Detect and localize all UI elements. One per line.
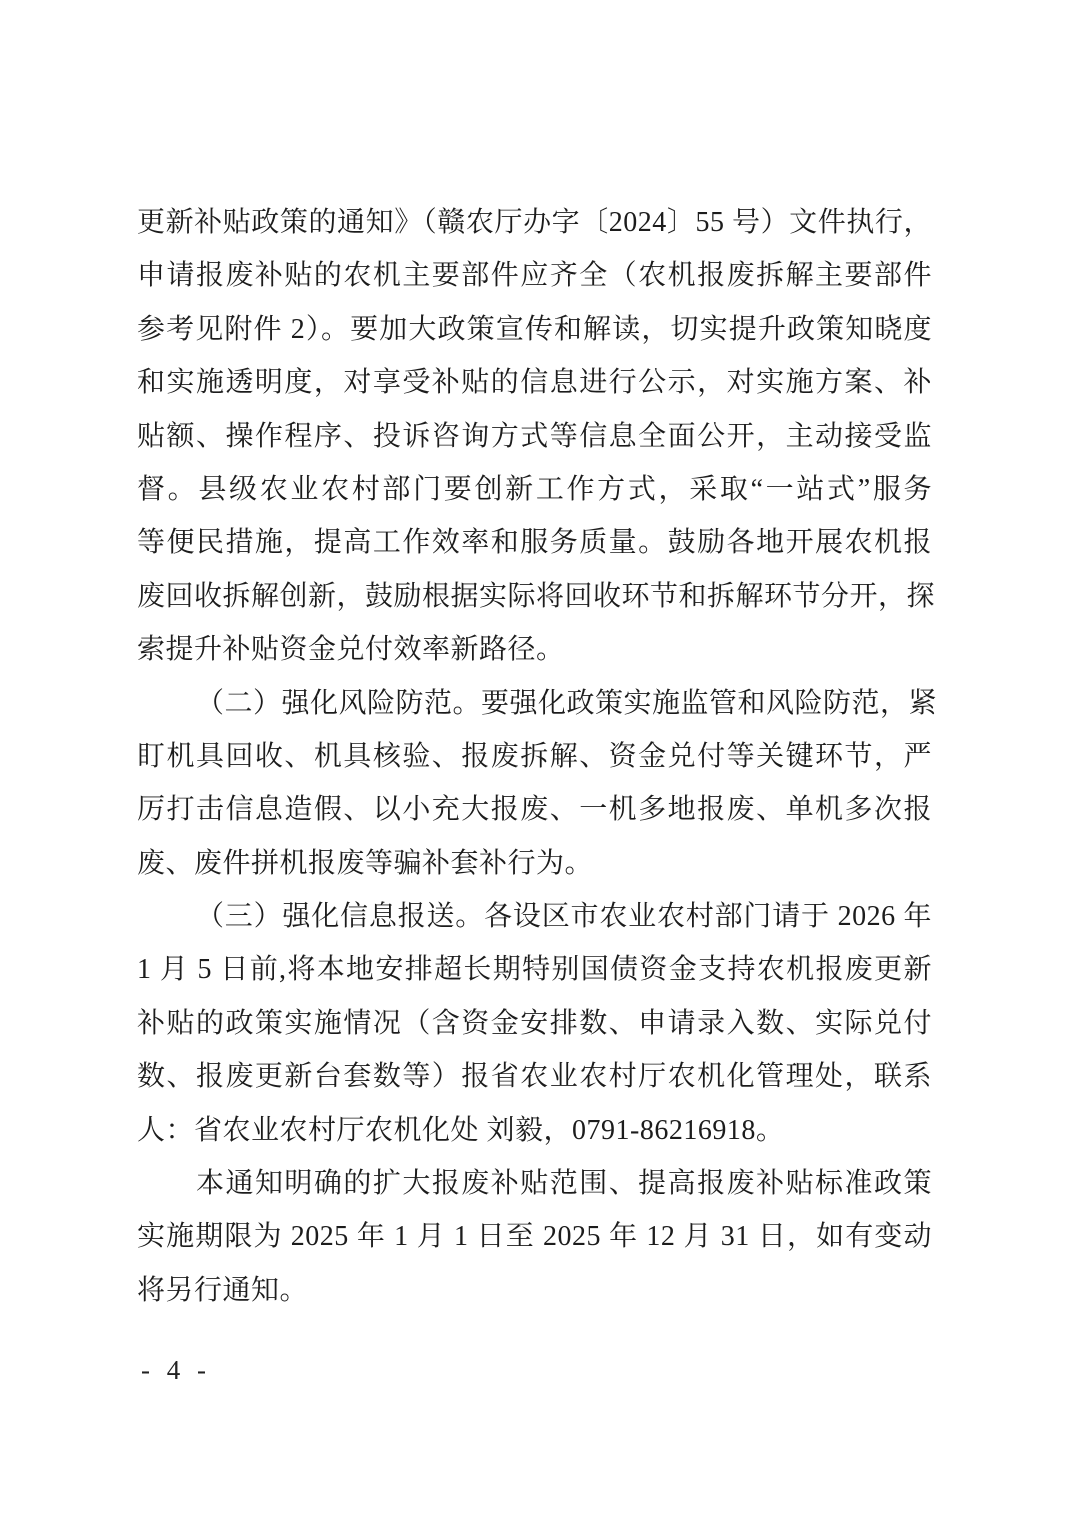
document-page: 更新补贴政策的通知》（赣农厅办字〔2024〕55 号）文件执行，申请报废补贴的农… bbox=[0, 0, 1074, 1520]
text-line: 参考见附件 2）。要加大政策宣传和解读，切实提升政策知晓度 bbox=[137, 303, 932, 356]
text-line: 盯机具回收、机具核验、报废拆解、资金兑付等关键环节，严 bbox=[137, 730, 932, 783]
text-line: 补贴的政策实施情况（含资金安排数、申请录入数、实际兑付 bbox=[137, 997, 932, 1050]
text-line: 1 月 5 日前,将本地安排超长期特别国债资金支持农机报废更新 bbox=[137, 943, 932, 996]
page-number: - 4 - bbox=[141, 1355, 211, 1385]
document-body: 更新补贴政策的通知》（赣农厅办字〔2024〕55 号）文件执行，申请报废补贴的农… bbox=[137, 196, 932, 1317]
text-line: 废回收拆解创新，鼓励根据实际将回收环节和拆解环节分开，探 bbox=[137, 570, 932, 623]
text-line: 人：省农业农村厅农机化处 刘毅，0791-86216918。 bbox=[137, 1104, 932, 1157]
text-line: （二）强化风险防范。要强化政策实施监管和风险防范，紧 bbox=[137, 677, 932, 730]
text-line: （三）强化信息报送。各设区市农业农村部门请于 2026 年 bbox=[137, 890, 932, 943]
text-line: 和实施透明度，对享受补贴的信息进行公示，对实施方案、补 bbox=[137, 356, 932, 409]
text-line: 索提升补贴资金兑付效率新路径。 bbox=[137, 623, 932, 676]
text-line: 数、报废更新台套数等）报省农业农村厅农机化管理处，联系 bbox=[137, 1050, 932, 1103]
text-line: 申请报废补贴的农机主要部件应齐全（农机报废拆解主要部件 bbox=[137, 249, 932, 302]
text-line: 将另行通知。 bbox=[137, 1264, 932, 1317]
text-line: 厉打击信息造假、以小充大报废、一机多地报废、单机多次报 bbox=[137, 783, 932, 836]
text-line: 等便民措施，提高工作效率和服务质量。鼓励各地开展农机报 bbox=[137, 516, 932, 569]
text-line: 督。县级农业农村部门要创新工作方式，采取“一站式”服务 bbox=[137, 463, 932, 516]
text-line: 本通知明确的扩大报废补贴范围、提高报废补贴标准政策 bbox=[137, 1157, 932, 1210]
text-line: 废、废件拼机报废等骗补套补行为。 bbox=[137, 837, 932, 890]
text-line: 实施期限为 2025 年 1 月 1 日至 2025 年 12 月 31 日，如… bbox=[137, 1210, 932, 1263]
text-line: 贴额、操作程序、投诉咨询方式等信息全面公开，主动接受监 bbox=[137, 410, 932, 463]
text-line: 更新补贴政策的通知》（赣农厅办字〔2024〕55 号）文件执行， bbox=[137, 196, 932, 249]
